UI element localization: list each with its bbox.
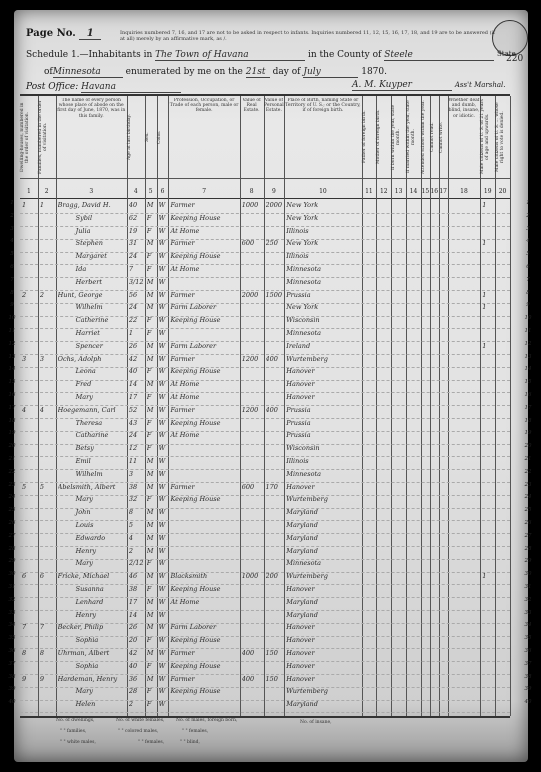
line-number: 2 [6, 213, 18, 219]
cell-sex: M [147, 508, 156, 516]
cell-sex: F [147, 316, 156, 324]
cell-occupation: Keeping House [170, 214, 238, 222]
cell-color: W [159, 598, 168, 606]
line-number-right: 15 [522, 379, 534, 385]
cell-occupation: At Home [170, 598, 238, 606]
cell-birthplace: Wurtemberg [286, 687, 360, 695]
cell-real: 1000 [242, 572, 263, 580]
line-number: 25 [6, 507, 18, 513]
cell-real: 400 [242, 649, 263, 657]
column-header-11: Father of foreign birth. [362, 98, 377, 176]
line-number: 34 [6, 622, 18, 628]
cell-dwelling: 5 [22, 483, 37, 491]
line-number-right: 17 [522, 405, 534, 411]
cell-personal: 400 [266, 406, 284, 414]
line-number-right: 37 [522, 661, 534, 667]
cell-c19: 1 [482, 201, 494, 209]
cell-family: 4 [40, 406, 55, 414]
schedule-line: Schedule 1.—Inhabitants in The Town of H… [26, 50, 494, 61]
cell-birthplace: Prussia [286, 291, 360, 299]
cell-birthplace: Maryland [286, 534, 360, 542]
cell-occupation: Farmer [170, 649, 238, 657]
cell-color: W [159, 444, 168, 452]
cell-birthplace: Wisconsin [286, 444, 360, 452]
cell-color: W [159, 547, 168, 555]
cell-age: 40 [129, 367, 144, 375]
place-value: The Town of Havana [155, 50, 305, 61]
cell-sex: M [147, 649, 156, 657]
cell-age: 56 [129, 291, 144, 299]
cell-personal: 400 [266, 355, 284, 363]
cell-occupation: At Home [170, 265, 238, 273]
cell-occupation: Farmer [170, 239, 238, 247]
cell-c19: 1 [482, 342, 494, 350]
footer-females: " " females, [182, 729, 208, 734]
page-number-label: Page No. 1 [26, 28, 101, 40]
cell-age: 19 [129, 227, 144, 235]
cell-occupation: Farmer [170, 291, 238, 299]
cell-name: Hunt, George [58, 291, 126, 299]
cell-occupation: Keeping House [170, 316, 238, 324]
cell-birthplace: Wurtemberg [286, 495, 360, 503]
line-number-right: 29 [522, 558, 534, 564]
cell-dwelling: 9 [22, 675, 37, 683]
cell-color: W [159, 265, 168, 273]
cell-sex: M [147, 303, 156, 311]
cell-color: W [159, 636, 168, 644]
cell-sex: M [147, 239, 156, 247]
cell-sex: F [147, 265, 156, 273]
census-table: Dwelling-houses, numbered in the order o… [20, 94, 510, 718]
cell-color: W [159, 662, 168, 670]
column-number-10: 10 [284, 188, 361, 195]
column-number-16: 16 [430, 188, 439, 195]
cell-occupation: At Home [170, 393, 238, 401]
marshal-signature: A. M. Kuyper [352, 80, 452, 91]
line-number: 9 [6, 302, 18, 308]
cell-age: 24 [129, 303, 144, 311]
column-divider [510, 96, 511, 716]
column-header-14: If married within the year, state month. [406, 98, 421, 176]
cell-age: 38 [129, 585, 144, 593]
cell-occupation: Farmer [170, 483, 238, 491]
cell-age: 14 [129, 611, 144, 619]
cell-occupation: At Home [170, 380, 238, 388]
line-number-right: 11 [522, 328, 534, 334]
cell-color: W [159, 470, 168, 478]
line-number: 29 [6, 558, 18, 564]
cell-birthplace: Prussia [286, 419, 360, 427]
column-number-6: 6 [157, 188, 169, 195]
cell-dwelling: 7 [22, 623, 37, 631]
column-number-1: 1 [20, 188, 38, 195]
cell-birthplace: Minnesota [286, 470, 360, 478]
line-number: 24 [6, 494, 18, 500]
line-number: 18 [6, 418, 18, 424]
line-number-right: 25 [522, 507, 534, 513]
cell-age: 3/12 [129, 278, 144, 286]
line-number: 39 [6, 686, 18, 692]
line-number: 40 [6, 699, 18, 705]
cell-birthplace: Hanover [286, 649, 360, 657]
cell-color: W [159, 675, 168, 683]
cell-age: 2/12 [129, 559, 144, 567]
column-header-20: Male citizens of U. S. ... whose right t… [495, 98, 510, 176]
cell-age: 52 [129, 406, 144, 414]
line-number-right: 22 [522, 469, 534, 475]
cell-occupation: Farm Laborer [170, 342, 238, 350]
cell-family: 3 [40, 355, 55, 363]
cell-personal: 2000 [266, 201, 284, 209]
summary-footer: No. of dwellings, No. of white females, … [20, 714, 510, 754]
cell-age: 38 [129, 483, 144, 491]
line-number: 4 [6, 238, 18, 244]
cell-birthplace: Maryland [286, 611, 360, 619]
column-header-18: Whether deaf and dumb, blind, insane, or… [448, 98, 481, 176]
cell-sex: M [147, 342, 156, 350]
cell-real: 1000 [242, 201, 263, 209]
column-header-15: Attended school within the year. [421, 98, 430, 176]
cell-age: 26 [129, 342, 144, 350]
cell-birthplace: Illinois [286, 252, 360, 260]
line-number-right: 12 [522, 341, 534, 347]
cell-name: Ochs, Adolph [58, 355, 126, 363]
cell-birthplace: Maryland [286, 547, 360, 555]
column-header-13: If born within the year, state month. [391, 98, 406, 176]
cell-birthplace: Minnesota [286, 265, 360, 273]
line-number: 3 [6, 226, 18, 232]
line-number-right: 35 [522, 635, 534, 641]
line-number-right: 19 [522, 430, 534, 436]
cell-age: 31 [129, 239, 144, 247]
cell-color: W [159, 572, 168, 580]
column-header-3: The name of every person whose place of … [56, 98, 127, 176]
cell-sex: M [147, 521, 156, 529]
column-header-7: Profession, Occupation, or Trade of each… [168, 98, 239, 176]
page-label: Page No. [26, 28, 76, 39]
column-header-2: Families, numbered in the order of visit… [38, 98, 56, 176]
cell-birthplace: Minnesota [286, 559, 360, 567]
column-number-7: 7 [168, 188, 239, 195]
cell-color: W [159, 406, 168, 414]
footer-colored-males: " " colored males, [118, 729, 158, 734]
cell-real: 400 [242, 675, 263, 683]
colnum-divider [20, 198, 510, 199]
line-number: 30 [6, 571, 18, 577]
marshal-label: Ass't Marshal. [455, 81, 506, 89]
cell-age: 40 [129, 662, 144, 670]
line-number: 7 [6, 277, 18, 283]
column-number-19: 19 [480, 188, 495, 195]
cell-sex: M [147, 380, 156, 388]
cell-occupation: At Home [170, 431, 238, 439]
column-header-1: Dwelling-houses, numbered in the order o… [20, 98, 38, 176]
line-number-right: 6 [522, 264, 534, 270]
line-number: 32 [6, 597, 18, 603]
cell-color: W [159, 329, 168, 337]
cell-birthplace: New York [286, 303, 360, 311]
line-number-right: 9 [522, 302, 534, 308]
line-number: 5 [6, 251, 18, 257]
cell-sex: M [147, 201, 156, 209]
stamp-number: 220 [506, 54, 523, 64]
cell-age: 14 [129, 380, 144, 388]
cell-occupation: Keeping House [170, 367, 238, 375]
cell-age: 17 [129, 393, 144, 401]
cell-name: Becker, Philip [58, 623, 126, 631]
schedule-label: Schedule 1.—Inhabitants in [26, 50, 152, 60]
cell-family: 6 [40, 572, 55, 580]
table-row: 4040Helen2FWMaryland [20, 699, 510, 713]
line-number-right: 30 [522, 571, 534, 577]
cell-birthplace: Ireland [286, 342, 360, 350]
cell-occupation: Farmer [170, 406, 238, 414]
cell-birthplace: Minnesota [286, 278, 360, 286]
cell-age: 17 [129, 598, 144, 606]
cell-age: 1 [129, 329, 144, 337]
cell-sex: F [147, 585, 156, 593]
cell-sex: M [147, 598, 156, 606]
line-number: 19 [6, 430, 18, 436]
cell-age: 24 [129, 431, 144, 439]
cell-occupation: Farmer [170, 201, 238, 209]
cell-birthplace: New York [286, 214, 360, 222]
cell-age: 3 [129, 470, 144, 478]
cell-age: 62 [129, 214, 144, 222]
cell-color: W [159, 649, 168, 657]
cell-sex: M [147, 406, 156, 414]
cell-occupation: Keeping House [170, 687, 238, 695]
cell-family: 9 [40, 675, 55, 683]
line-number: 33 [6, 610, 18, 616]
cell-sex: M [147, 675, 156, 683]
cell-color: W [159, 431, 168, 439]
line-number-right: 24 [522, 494, 534, 500]
of-label: of [44, 67, 53, 77]
cell-birthplace: Hanover [286, 675, 360, 683]
cell-birthplace: Hanover [286, 585, 360, 593]
line-number: 10 [6, 315, 18, 321]
line-number: 13 [6, 354, 18, 360]
column-header-10: Place of Birth, naming State or Territor… [284, 98, 361, 176]
cell-occupation: Keeping House [170, 585, 238, 593]
year-value: 1870. [361, 67, 387, 77]
column-number-3: 3 [56, 188, 127, 195]
line-number: 37 [6, 661, 18, 667]
cell-color: W [159, 393, 168, 401]
cell-color: W [159, 700, 168, 708]
page-number: 1 [79, 28, 101, 40]
footer-insane: No. of insane, [300, 720, 332, 725]
cell-occupation: Farmer [170, 355, 238, 363]
cell-sex: F [147, 700, 156, 708]
cell-age: 22 [129, 316, 144, 324]
enumerated-label: enumerated by me on the [126, 67, 243, 77]
cell-age: 11 [129, 457, 144, 465]
cell-birthplace: Hanover [286, 636, 360, 644]
cell-age: 7 [129, 265, 144, 273]
cell-birthplace: Maryland [286, 521, 360, 529]
line-number-right: 31 [522, 584, 534, 590]
cell-occupation: Farm Laborer [170, 303, 238, 311]
cell-color: W [159, 201, 168, 209]
cell-birthplace: Maryland [286, 700, 360, 708]
line-number-right: 5 [522, 251, 534, 257]
cell-name: Uhrman, Albert [58, 649, 126, 657]
cell-occupation: Keeping House [170, 636, 238, 644]
column-number-4: 4 [127, 188, 145, 195]
column-header-6: Color. [157, 98, 169, 176]
cell-sex: M [147, 611, 156, 619]
cell-color: W [159, 559, 168, 567]
cell-age: 42 [129, 355, 144, 363]
column-number-17: 17 [439, 188, 448, 195]
cell-age: 2 [129, 547, 144, 555]
cell-color: W [159, 252, 168, 260]
cell-color: W [159, 521, 168, 529]
cell-age: 32 [129, 495, 144, 503]
cell-birthplace: Prussia [286, 406, 360, 414]
line-number: 20 [6, 443, 18, 449]
column-number-13: 13 [391, 188, 406, 195]
cell-sex: F [147, 214, 156, 222]
cell-age: 26 [129, 623, 144, 631]
cell-age: 24 [129, 252, 144, 260]
line-number: 23 [6, 482, 18, 488]
cell-sex: F [147, 662, 156, 670]
cell-occupation: Farm Laborer [170, 623, 238, 631]
column-number-2: 2 [38, 188, 56, 195]
cell-sex: F [147, 687, 156, 695]
cell-family: 8 [40, 649, 55, 657]
line-number: 22 [6, 469, 18, 475]
cell-dwelling: 6 [22, 572, 37, 580]
column-header-19: Male citizens of U. S. of 21 years of ag… [480, 98, 495, 176]
cell-age: 46 [129, 572, 144, 580]
cell-name: Bragg, David H. [58, 201, 126, 209]
cell-color: W [159, 419, 168, 427]
column-number-18: 18 [448, 188, 481, 195]
cell-sex: F [147, 367, 156, 375]
line-number-right: 40 [522, 699, 534, 705]
cell-birthplace: Wurtemberg [286, 355, 360, 363]
county-label: in the County of [308, 50, 381, 60]
cell-color: W [159, 495, 168, 503]
column-number-5: 5 [145, 188, 157, 195]
instructions-text: Inquiries numbered 7, 16, and 17 are not… [120, 30, 500, 42]
cell-color: W [159, 623, 168, 631]
post-office-value: Havana [81, 82, 181, 93]
line-number-right: 32 [522, 597, 534, 603]
cell-sex: M [147, 534, 156, 542]
cell-real: 1200 [242, 355, 263, 363]
line-number-right: 20 [522, 443, 534, 449]
line-number-right: 21 [522, 456, 534, 462]
cell-family: 1 [40, 201, 55, 209]
cell-sex: M [147, 547, 156, 555]
cell-birthplace: New York [286, 239, 360, 247]
cell-occupation: Blacksmith [170, 572, 238, 580]
cell-birthplace: Wurtemberg [286, 572, 360, 580]
cell-birthplace: Wisconsin [286, 316, 360, 324]
cell-color: W [159, 534, 168, 542]
cell-occupation: At Home [170, 227, 238, 235]
line-number-right: 26 [522, 520, 534, 526]
line-number-right: 18 [522, 418, 534, 424]
post-office-line: Post Office: Havana [26, 82, 181, 93]
cell-birthplace: Maryland [286, 598, 360, 606]
cell-sex: F [147, 559, 156, 567]
line-number-right: 39 [522, 686, 534, 692]
line-number: 36 [6, 648, 18, 654]
line-number: 38 [6, 674, 18, 680]
cell-occupation: Keeping House [170, 662, 238, 670]
month-value: July [303, 67, 358, 78]
line-number-right: 4 [522, 238, 534, 244]
cell-color: W [159, 508, 168, 516]
cell-sex: F [147, 419, 156, 427]
line-number-right: 1 [522, 200, 534, 206]
cell-birthplace: New York [286, 201, 360, 209]
day-value: 21st [246, 67, 270, 78]
cell-age: 12 [129, 444, 144, 452]
cell-birthplace: Minnesota [286, 329, 360, 337]
footer-white-males: " " white males, [60, 740, 96, 745]
line-number-right: 2 [522, 213, 534, 219]
cell-sex: F [147, 393, 156, 401]
column-header-8: Value of Real Estate. [240, 98, 264, 176]
line-number: 26 [6, 520, 18, 526]
cell-birthplace: Hanover [286, 662, 360, 670]
cell-family: 7 [40, 623, 55, 631]
column-header-12: Mother of foreign birth. [376, 98, 391, 176]
column-header-9: Value of Personal Estate. [264, 98, 285, 176]
line-number: 21 [6, 456, 18, 462]
cell-age: 2 [129, 700, 144, 708]
line-number: 14 [6, 366, 18, 372]
cell-c19: 1 [482, 239, 494, 247]
line-number-right: 13 [522, 354, 534, 360]
cell-family: 5 [40, 483, 55, 491]
cell-birthplace: Maryland [286, 508, 360, 516]
footer-males-foreign: No. of males, foreign born, [176, 718, 237, 723]
line-number: 8 [6, 290, 18, 296]
cell-occupation: Keeping House [170, 495, 238, 503]
cell-color: W [159, 227, 168, 235]
cell-occupation: Farmer [170, 675, 238, 683]
cell-color: W [159, 611, 168, 619]
line-number-right: 28 [522, 546, 534, 552]
line-number-right: 16 [522, 392, 534, 398]
cell-color: W [159, 342, 168, 350]
line-number: 28 [6, 546, 18, 552]
cell-personal: 1500 [266, 291, 284, 299]
line-number: 27 [6, 533, 18, 539]
line-number: 17 [6, 405, 18, 411]
cell-occupation: Keeping House [170, 252, 238, 260]
line-number: 11 [6, 328, 18, 334]
column-number-12: 12 [376, 188, 391, 195]
line-number-right: 38 [522, 674, 534, 680]
cell-sex: M [147, 483, 156, 491]
county-value: Steele [384, 50, 494, 61]
cell-color: W [159, 380, 168, 388]
cell-birthplace: Prussia [286, 431, 360, 439]
cell-personal: 200 [266, 572, 284, 580]
line-number-right: 8 [522, 290, 534, 296]
cell-name: Abelsmith, Albert [58, 483, 126, 491]
cell-age: 8 [129, 508, 144, 516]
